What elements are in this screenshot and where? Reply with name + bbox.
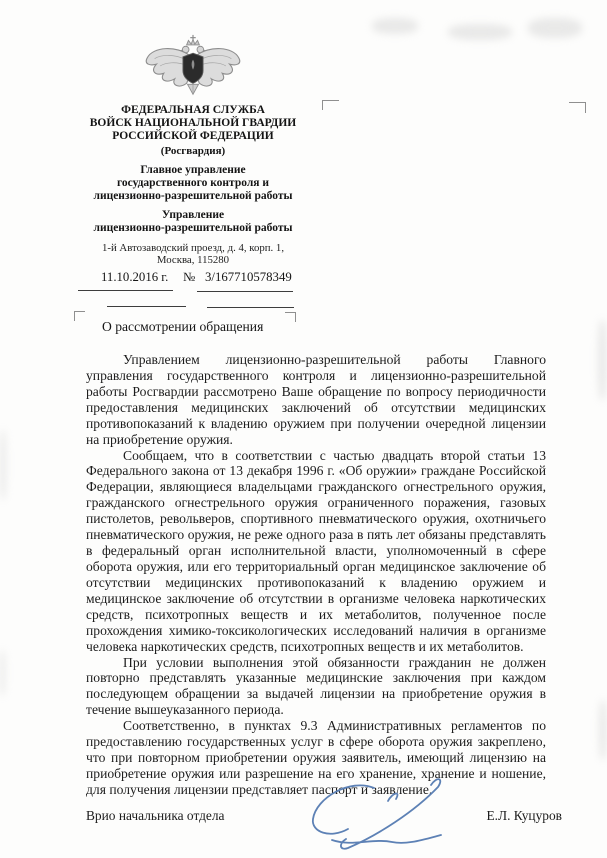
date-underline <box>78 290 173 291</box>
letter-body: Управлением лицензионно-разрешительной р… <box>86 352 546 798</box>
number-underline <box>197 291 293 292</box>
scanned-letter-page: ФЕДЕРАЛЬНАЯ СЛУЖБА ВОЙСК НАЦИОНАЛЬНОЙ ГВ… <box>0 0 607 858</box>
letterhead: ФЕДЕРАЛЬНАЯ СЛУЖБА ВОЙСК НАЦИОНАЛЬНОЙ ГВ… <box>62 34 324 267</box>
signer-name: Е.Л. Куцуров <box>487 808 563 824</box>
scan-smudge <box>0 650 5 696</box>
scan-smudge <box>372 18 418 34</box>
department-sub: Управление лицензионно-разрешительной ра… <box>62 209 324 235</box>
reply-ref-underline <box>207 307 294 308</box>
scan-smudge <box>0 430 6 500</box>
subject-zone-corner-icon <box>74 311 85 321</box>
body-paragraph: Управлением лицензионно-разрешительной р… <box>86 352 546 448</box>
scan-smudge <box>599 700 607 760</box>
addressee-zone-corner-icon <box>569 102 586 113</box>
body-paragraph: При условии выполнения этой обязанности … <box>86 655 546 719</box>
org-name-line: ФЕДЕРАЛЬНАЯ СЛУЖБА <box>62 104 324 117</box>
department-line: Главное управление <box>62 164 324 177</box>
letter-subject: О рассмотрении обращения <box>102 319 263 335</box>
scan-smudge <box>448 24 512 40</box>
department-line: лицензионно-разрешительной работы <box>62 190 324 203</box>
address-line: Москва, 115280 <box>62 254 324 267</box>
department-main: Главное управление государственного конт… <box>62 164 324 204</box>
signer-position: Врио начальника отдела <box>86 808 225 824</box>
department-line: лицензионно-разрешительной работы <box>62 222 324 235</box>
department-line: государственного контроля и <box>62 177 324 190</box>
reply-ref-underline <box>107 306 186 307</box>
address-line: 1-й Автозаводский проезд, д. 4, корп. 1, <box>62 242 324 255</box>
outgoing-number: 3/167710578349 <box>205 270 292 285</box>
org-name-line: ВОЙСК НАЦИОНАЛЬНОЙ ГВАРДИИ <box>62 117 324 130</box>
org-short-name: (Росгвардия) <box>62 145 324 158</box>
body-paragraph: Сообщаем, что в соответствии с частью дв… <box>86 448 546 655</box>
subject-zone-corner-icon <box>285 312 296 322</box>
scan-smudge <box>598 320 607 400</box>
number-sign: № <box>183 270 195 285</box>
scan-smudge <box>528 18 582 38</box>
letter-date: 11.10.2016 г. <box>101 270 168 285</box>
department-line: Управление <box>62 209 324 222</box>
rosgvardia-emblem-icon <box>137 34 249 98</box>
postal-address: 1-й Автозаводский проезд, д. 4, корп. 1,… <box>62 242 324 267</box>
addressee-zone-corner-icon <box>322 100 339 110</box>
signature-block: Врио начальника отдела Е.Л. Куцуров <box>86 808 562 824</box>
org-name-line: РОССИЙСКОЙ ФЕДЕРАЦИИ <box>62 130 324 143</box>
